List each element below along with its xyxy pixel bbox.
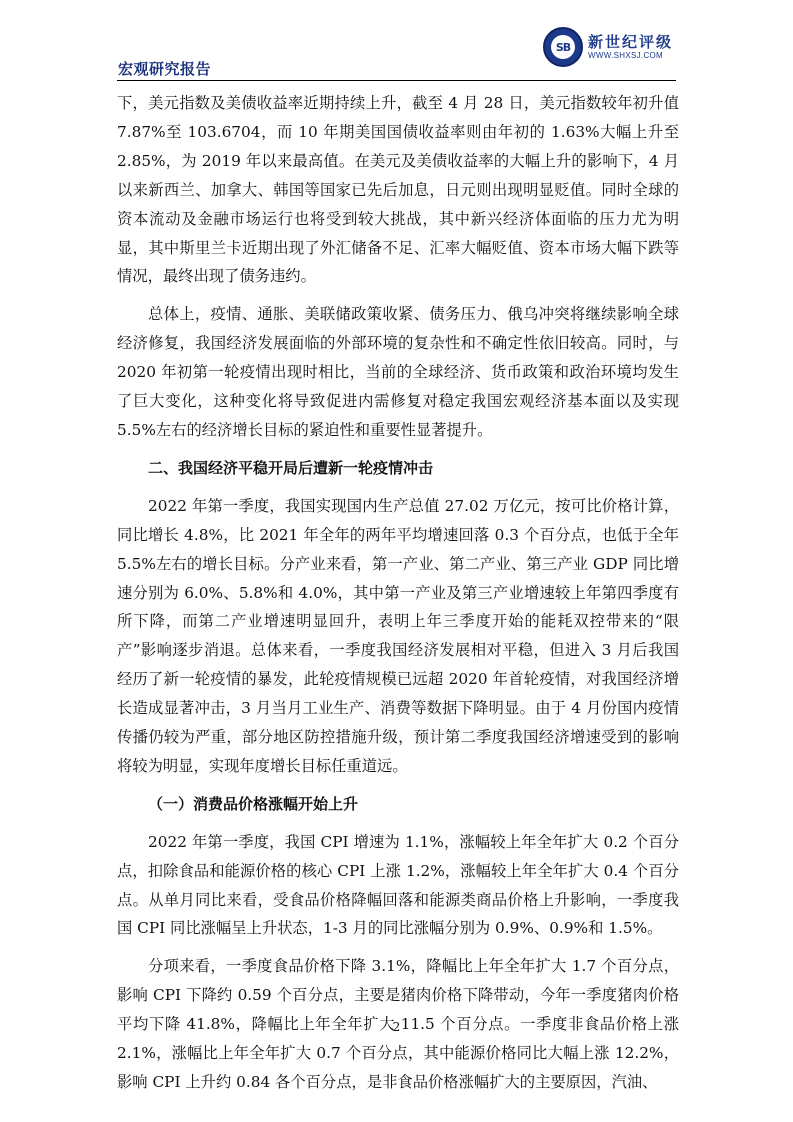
header-divider	[117, 80, 676, 81]
seal-mark: SB	[556, 41, 570, 54]
document-body: 下，美元指数及美债收益率近期持续上升，截至 4 月 28 日，美元指数较年初升值…	[117, 89, 679, 1097]
seal-logo-icon: SB	[543, 27, 583, 67]
paragraph-continued: 下，美元指数及美债收益率近期持续上升，截至 4 月 28 日，美元指数较年初升值…	[117, 89, 679, 291]
paragraph-cpi: 2022 年第一季度，我国 CPI 增速为 1.1%，涨幅较上年全年扩大 0.2…	[117, 828, 679, 944]
page-number: 2	[0, 1020, 793, 1034]
paragraph-gdp: 2022 年第一季度，我国实现国内生产总值 27.02 万亿元，按可比价格计算，…	[117, 492, 679, 781]
section-heading: 二、我国经济平稳开局后遭新一轮疫情冲击	[117, 454, 679, 483]
paragraph-summary: 总体上，疫情、通胀、美联储政策收紧、债务压力、俄乌冲突将继续影响全球经济修复，我…	[117, 300, 679, 445]
subsection-heading: （一）消费品价格涨幅开始上升	[117, 790, 679, 819]
company-url: WWW.SHXSJ.COM	[588, 51, 673, 61]
report-type-title: 宏观研究报告	[118, 58, 211, 79]
company-logo: SB 新世纪评级 WWW.SHXSJ.COM	[543, 27, 673, 67]
company-name: 新世纪评级	[588, 34, 673, 51]
